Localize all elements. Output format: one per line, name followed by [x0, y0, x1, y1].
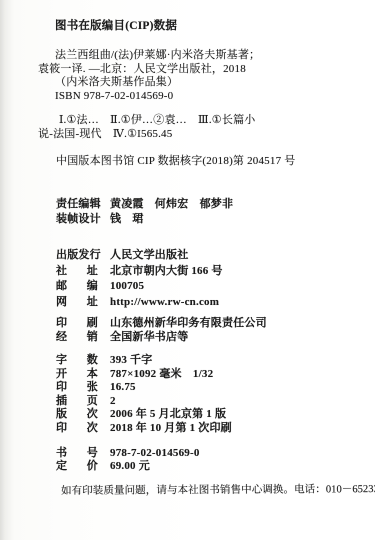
colophon-label: 定价 [56, 460, 98, 473]
cip-description-line: 袁筱一译. —北京：人民文学出版社，2018 [38, 63, 338, 77]
colophon-value: 2018 年 10 月第 1 次印刷 [110, 422, 232, 436]
colophon-row: 版次 2006 年 5 月北京第 1 版 [56, 408, 232, 422]
colophon-row: 印刷 山东德州新华印务有限责任公司 [56, 316, 267, 330]
colophon-row: 印张 16.75 [56, 381, 232, 395]
cip-classification-block: Ⅰ.①法… Ⅱ.①伊…②袁… Ⅲ.①长篇小 说-法国-现代 Ⅳ.①I565.45 [38, 114, 348, 141]
colophon-row: 经销 全国新华书店等 [56, 330, 267, 344]
cip-registry-number: 中国版本图书馆 CIP 数据核字(2018)第 204517 号 [56, 155, 295, 169]
credit-row: 装帧设计 钱 珺 [56, 212, 233, 227]
colophon-value: 2006 年 5 月北京第 1 版 [110, 408, 226, 422]
colophon-value: 69.00 元 [110, 460, 150, 473]
colophon-label: 印刷 [56, 316, 98, 330]
printing-info-group: 印刷 山东德州新华印务有限责任公司 经销 全国新华书店等 [56, 316, 267, 345]
colophon-row: 开本 787×1092 毫米 1/32 [56, 368, 232, 382]
colophon-row: 定价 69.00 元 [56, 460, 200, 473]
colophon-label: 邮编 [56, 279, 98, 295]
colophon-value: 787×1092 毫米 1/32 [110, 368, 213, 382]
colophon-label: 印次 [56, 422, 98, 436]
cip-classification-line: Ⅰ.①法… Ⅱ.①伊…②袁… Ⅲ.①长篇小 [38, 114, 348, 128]
colophon-label: 字数 [56, 354, 98, 368]
colophon-row: 邮编 100705 [56, 279, 223, 295]
book-copyright-page: 图书在版编目(CIP)数据 法兰西组曲/(法)伊莱娜·内米洛夫斯基著； 袁筱一译… [0, 0, 375, 540]
colophon-row: 社址 北京市朝内大街 166 号 [56, 264, 223, 280]
colophon-label: 网址 [56, 295, 98, 311]
colophon-label: 插页 [56, 395, 98, 409]
colophon-label: 印张 [56, 381, 98, 395]
colophon-value: 山东德州新华印务有限责任公司 [110, 316, 267, 330]
colophon-value: 100705 [110, 279, 144, 295]
colophon-value: 2 [110, 395, 116, 409]
credit-value: 黄凌霞 何炜宏 郁梦非 [110, 197, 233, 212]
cip-isbn-line: ISBN 978-7-02-014569-0 [38, 90, 338, 104]
credit-label: 责任编辑 [56, 197, 98, 212]
credits-block: 责任编辑 黄凌霞 何炜宏 郁梦非 装帧设计 钱 珺 [56, 197, 233, 226]
colophon-row: 印次 2018 年 10 月第 1 次印刷 [56, 422, 232, 436]
credit-label: 装帧设计 [56, 212, 98, 227]
colophon-value: 人民文学出版社 [110, 248, 188, 264]
colophon-value: 全国新华书店等 [110, 330, 188, 344]
colophon-row: 出版发行 人民文学出版社 [56, 248, 223, 264]
colophon-row: 插页 2 [56, 395, 232, 409]
publisher-info-group: 出版发行 人民文学出版社 社址 北京市朝内大街 166 号 邮编 100705 … [56, 248, 223, 310]
cip-series-line: （内米洛夫斯基作品集） [38, 76, 338, 90]
colophon-label: 出版发行 [56, 248, 98, 264]
colophon-value: 北京市朝内大街 166 号 [110, 264, 223, 280]
credit-value: 钱 珺 [110, 212, 144, 227]
isbn-price-group: 书号 978-7-02-014569-0 定价 69.00 元 [56, 447, 200, 474]
colophon-value: 16.75 [110, 381, 136, 395]
credit-row: 责任编辑 黄凌霞 何炜宏 郁梦非 [56, 197, 233, 212]
colophon-value: http://www.rw-cn.com [110, 295, 219, 311]
format-info-group: 字数 393 千字 开本 787×1092 毫米 1/32 印张 16.75 插… [56, 354, 232, 435]
colophon-row: 网址 http://www.rw-cn.com [56, 295, 223, 311]
quality-exchange-note: 如有印装质量问题，请与本社图书销售中心调换。电话：010－65233595 [61, 483, 375, 499]
colophon-row: 字数 393 千字 [56, 354, 232, 368]
cip-description-line: 法兰西组曲/(法)伊莱娜·内米洛夫斯基著； [38, 49, 338, 63]
colophon-label: 社址 [56, 264, 98, 280]
cip-title: 图书在版编目(CIP)数据 [55, 20, 177, 34]
cip-classification-line: 说-法国-现代 Ⅳ.①I565.45 [38, 128, 348, 142]
colophon-label: 版次 [56, 408, 98, 422]
colophon-label: 经销 [56, 330, 98, 344]
colophon-row: 书号 978-7-02-014569-0 [56, 447, 200, 460]
cip-description-block: 法兰西组曲/(法)伊莱娜·内米洛夫斯基著； 袁筱一译. —北京：人民文学出版社，… [38, 49, 338, 104]
colophon-value: 978-7-02-014569-0 [110, 447, 200, 460]
colophon-label: 书号 [56, 447, 98, 460]
colophon-value: 393 千字 [110, 354, 152, 368]
colophon-label: 开本 [56, 368, 98, 382]
